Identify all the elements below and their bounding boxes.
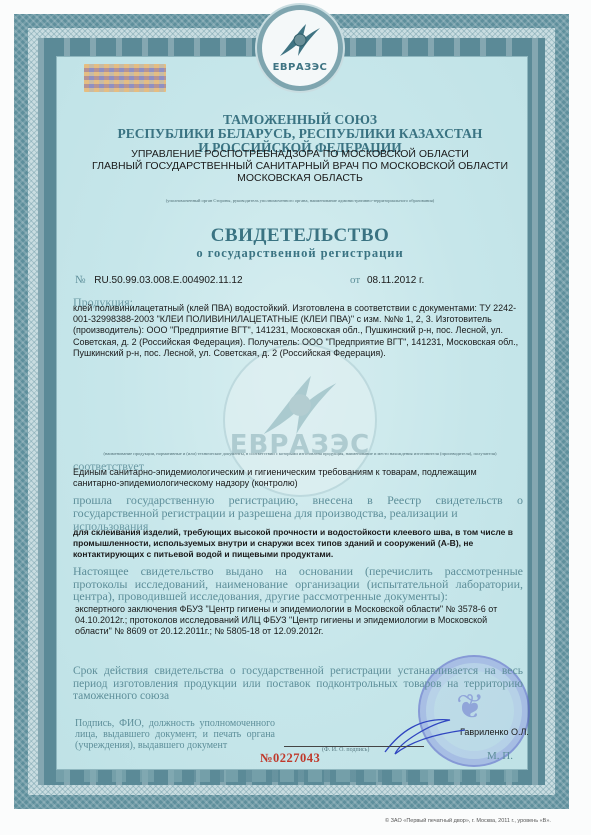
emblem-label: ЕВРАЗЭС <box>262 62 338 73</box>
registration-number: RU.50.99.03.008.E.004902.11.12 <box>94 275 242 286</box>
basis-intro: Настоящее свидетельство выдано на основа… <box>73 565 523 603</box>
registration-date-row: от 08.11.2012 г. <box>350 274 424 286</box>
authority-line-3: МОСКОВСКАЯ ОБЛАСТЬ <box>80 172 520 184</box>
signature-scribble-icon <box>380 712 470 762</box>
eurasec-logo-icon <box>276 18 324 62</box>
certificate-subtitle: о государственной регистрации <box>100 246 500 261</box>
authority-line-2: ГЛАВНЫЙ ГОСУДАРСТВЕННЫЙ САНИТАРНЫЙ ВРАЧ … <box>70 160 530 172</box>
registration-date: 08.11.2012 г. <box>367 275 424 286</box>
certificate-title: СВИДЕТЕЛЬСТВО <box>100 225 500 247</box>
signer-name: Гавриленко О.Л. <box>460 727 529 737</box>
validity-text: Срок действия свидетельства о государств… <box>73 665 523 703</box>
name-caption: (Ф. И. О. подпись) <box>322 747 369 753</box>
registration-statement: прошла государственную регистрацию, внес… <box>73 494 523 519</box>
registration-number-row: № RU.50.99.03.008.E.004902.11.12 <box>75 274 243 286</box>
authority-caption: (уполномоченный орган Стороны, руководит… <box>100 198 500 203</box>
basis-text: экспертного заключения ФБУЗ "Центр гигие… <box>75 604 515 638</box>
bottom-guilloche <box>56 770 528 782</box>
printer-footer: © ЗАО «Первый печатный двор», г. Москва,… <box>385 818 551 824</box>
product-caption: (наименование продукции, нормативные и (… <box>70 451 530 456</box>
union-line-2: РЕСПУБЛИКИ БЕЛАРУСЬ, РЕСПУБЛИКИ КАЗАХСТА… <box>100 127 500 141</box>
authority-line-1: УПРАВЛЕНИЕ РОСПОТРЕБНАДЗОРА ПО МОСКОВСКО… <box>80 148 520 160</box>
conformity-text: Единым санитарно-эпидемиологическим и ги… <box>73 467 503 489</box>
hologram-sticker <box>84 64 166 92</box>
form-number: №0227043 <box>260 751 320 766</box>
union-line-1: ТАМОЖЕННЫЙ СОЮЗ <box>100 113 500 127</box>
number-prefix: № <box>75 274 86 286</box>
signature-caption: Подпись, ФИО, должность уполномоченного … <box>75 718 275 751</box>
seal-mark: М. П. <box>487 750 513 762</box>
product-description: клей поливинилацетатный (клей ПВА) водос… <box>73 303 521 359</box>
usage-text: для склеивания изделий, требующих высоко… <box>73 527 523 560</box>
eurasec-emblem: ЕВРАЗЭС <box>262 10 338 86</box>
date-prefix: от <box>350 274 360 286</box>
